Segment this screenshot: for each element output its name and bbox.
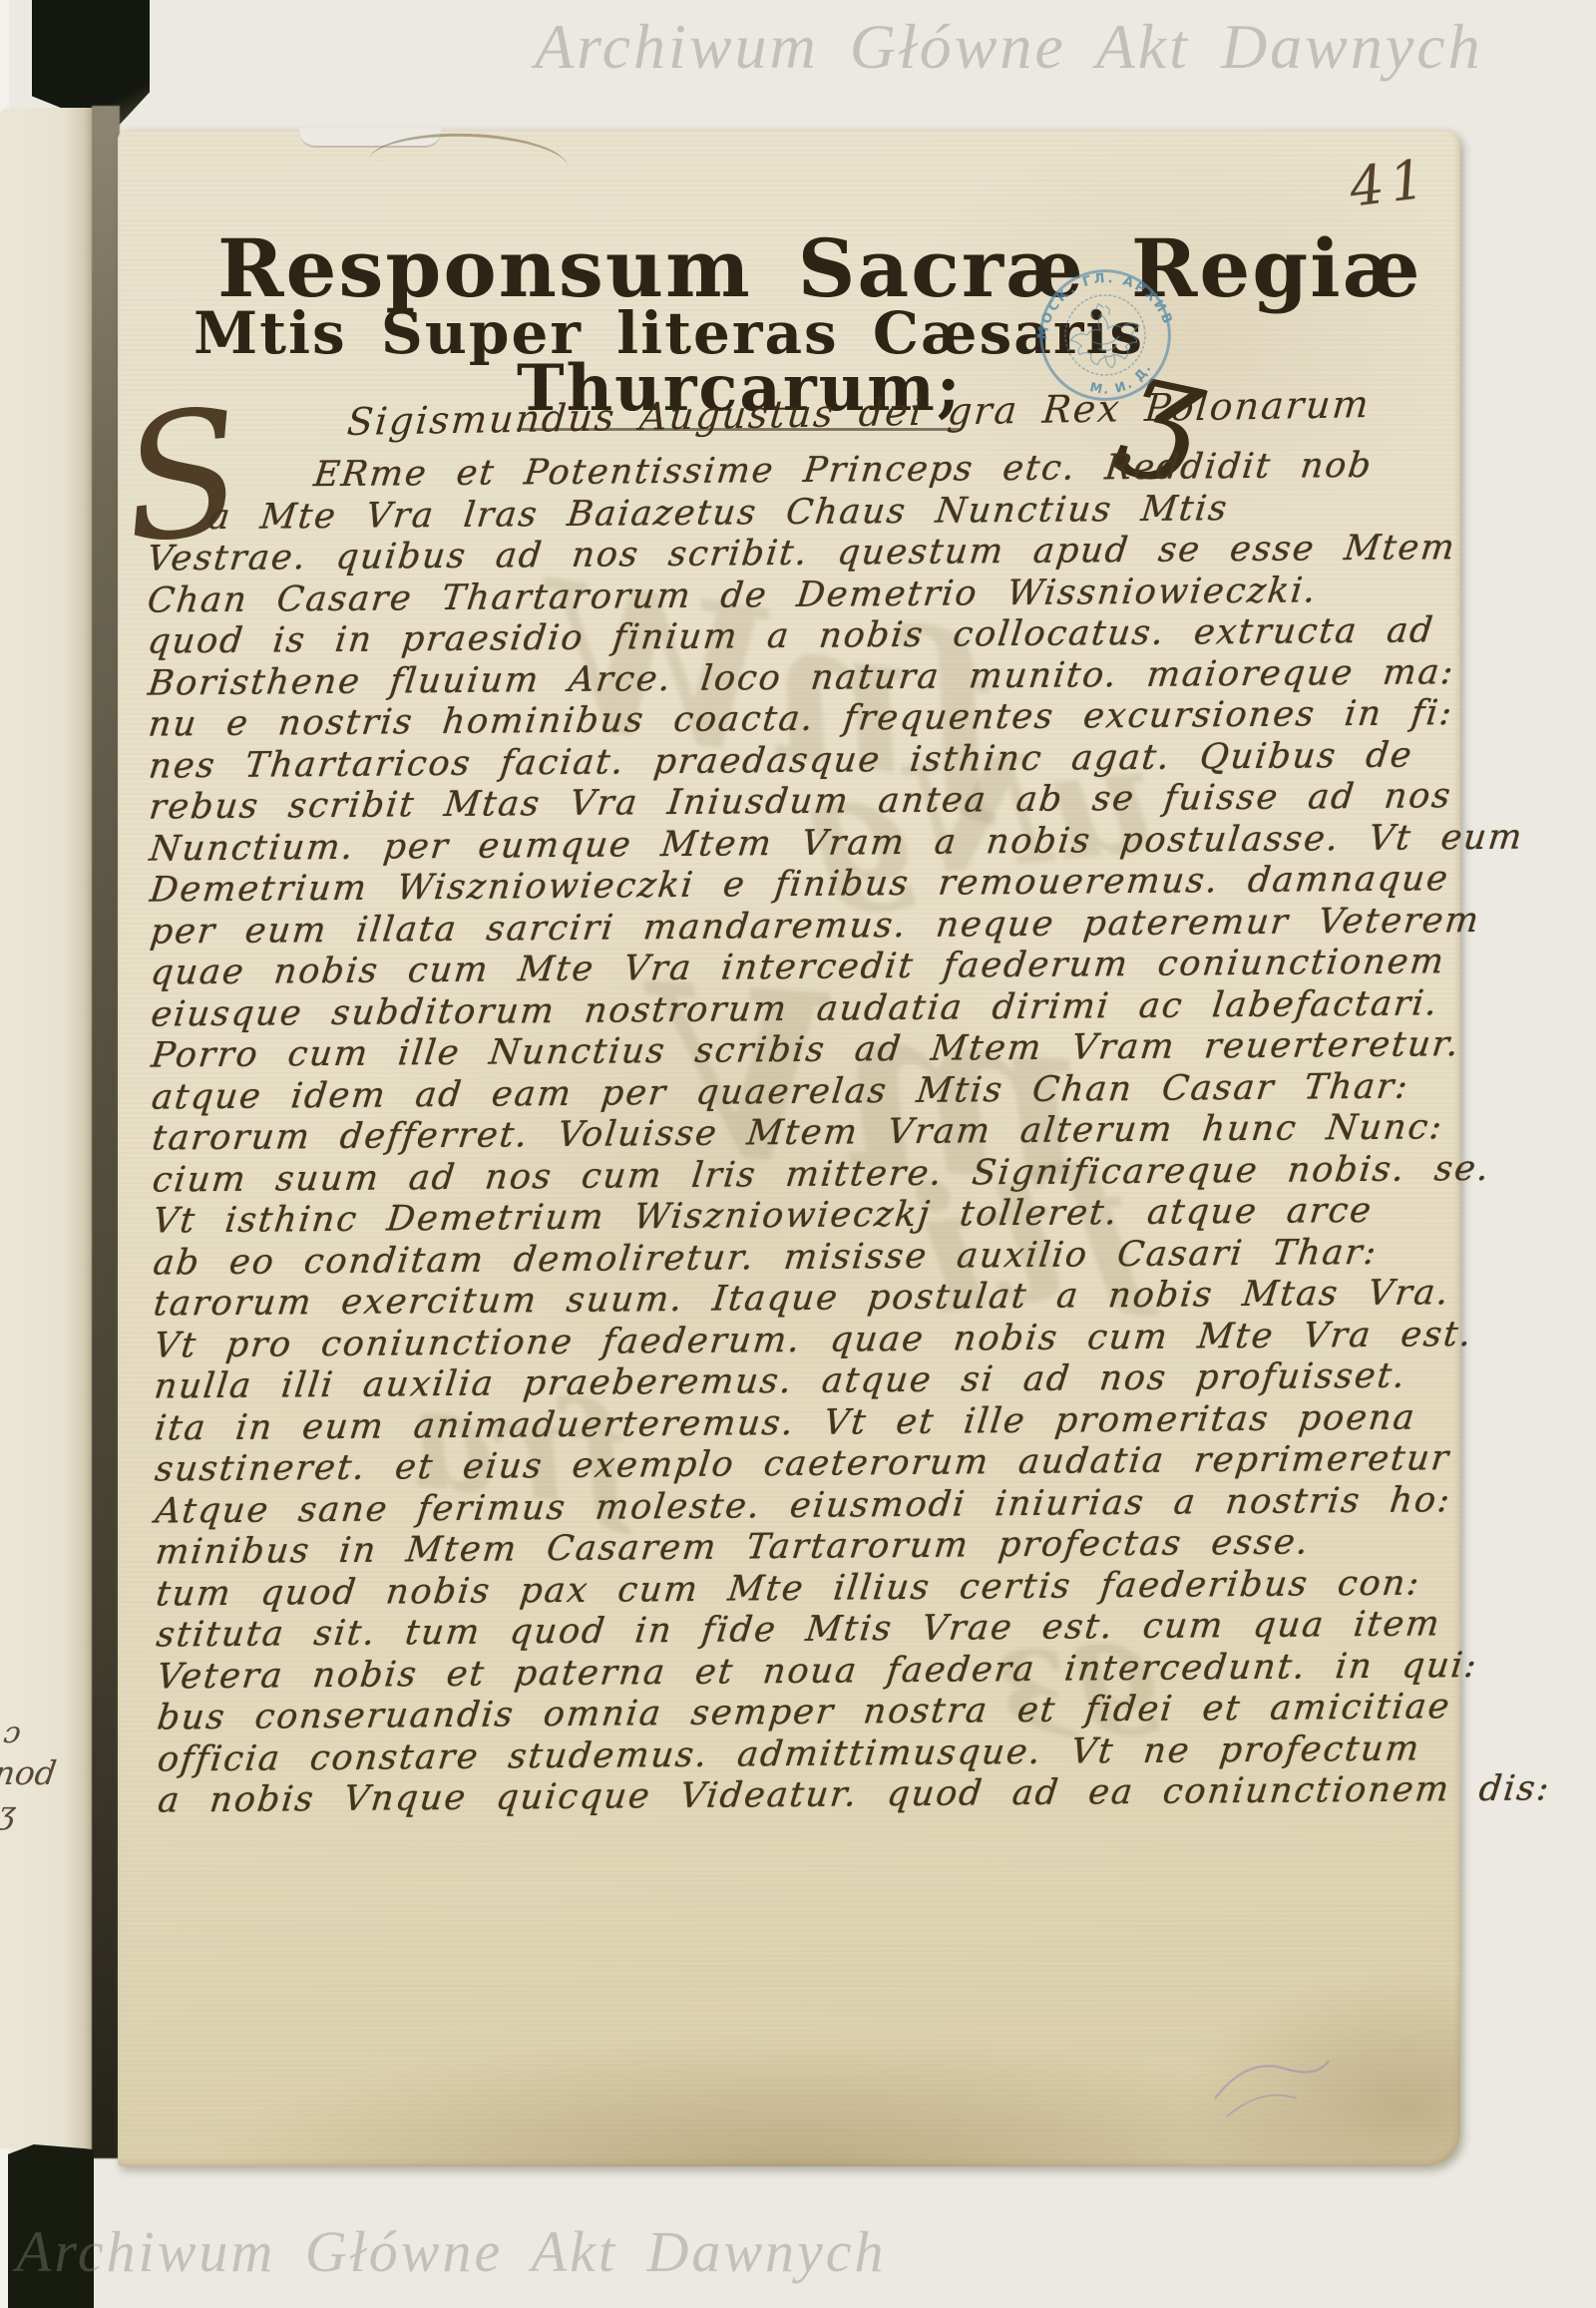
folio-number: 41 [1346,147,1433,218]
binding-gutter-shadow [92,106,120,2158]
ink-fragment: nod [0,1753,59,1792]
ink-fragment: ɔ [2,1716,24,1750]
archive-watermark-bottom: Archiwum Główne Akt Dawnych [16,2218,887,2285]
archive-stamp: МОСК. ГЛ. АРХИВЪ М. И. Д. [1012,242,1197,427]
manuscript-page: ſnWuNgmVſtifragȝ 41 Responsum Sacræ Regi… [118,130,1460,2166]
heading-line: Sigismundus Augustus dei gra Rex Polonar… [345,382,1372,444]
manuscript-scan: ɔnodʒ ſnWuNgmVſtifragȝ 41 Responsum Sacr… [0,0,1596,2308]
archive-watermark-top: Archiwum Główne Akt Dawnych [535,10,1483,84]
pencil-scribble [1207,2047,1337,2136]
manuscript-body: ERme et Potentissime Princeps etc. Reddi… [144,445,1430,1822]
previous-page-edge: ɔnodʒ [0,108,93,2148]
ink-fragment: ʒ [0,1795,18,1831]
